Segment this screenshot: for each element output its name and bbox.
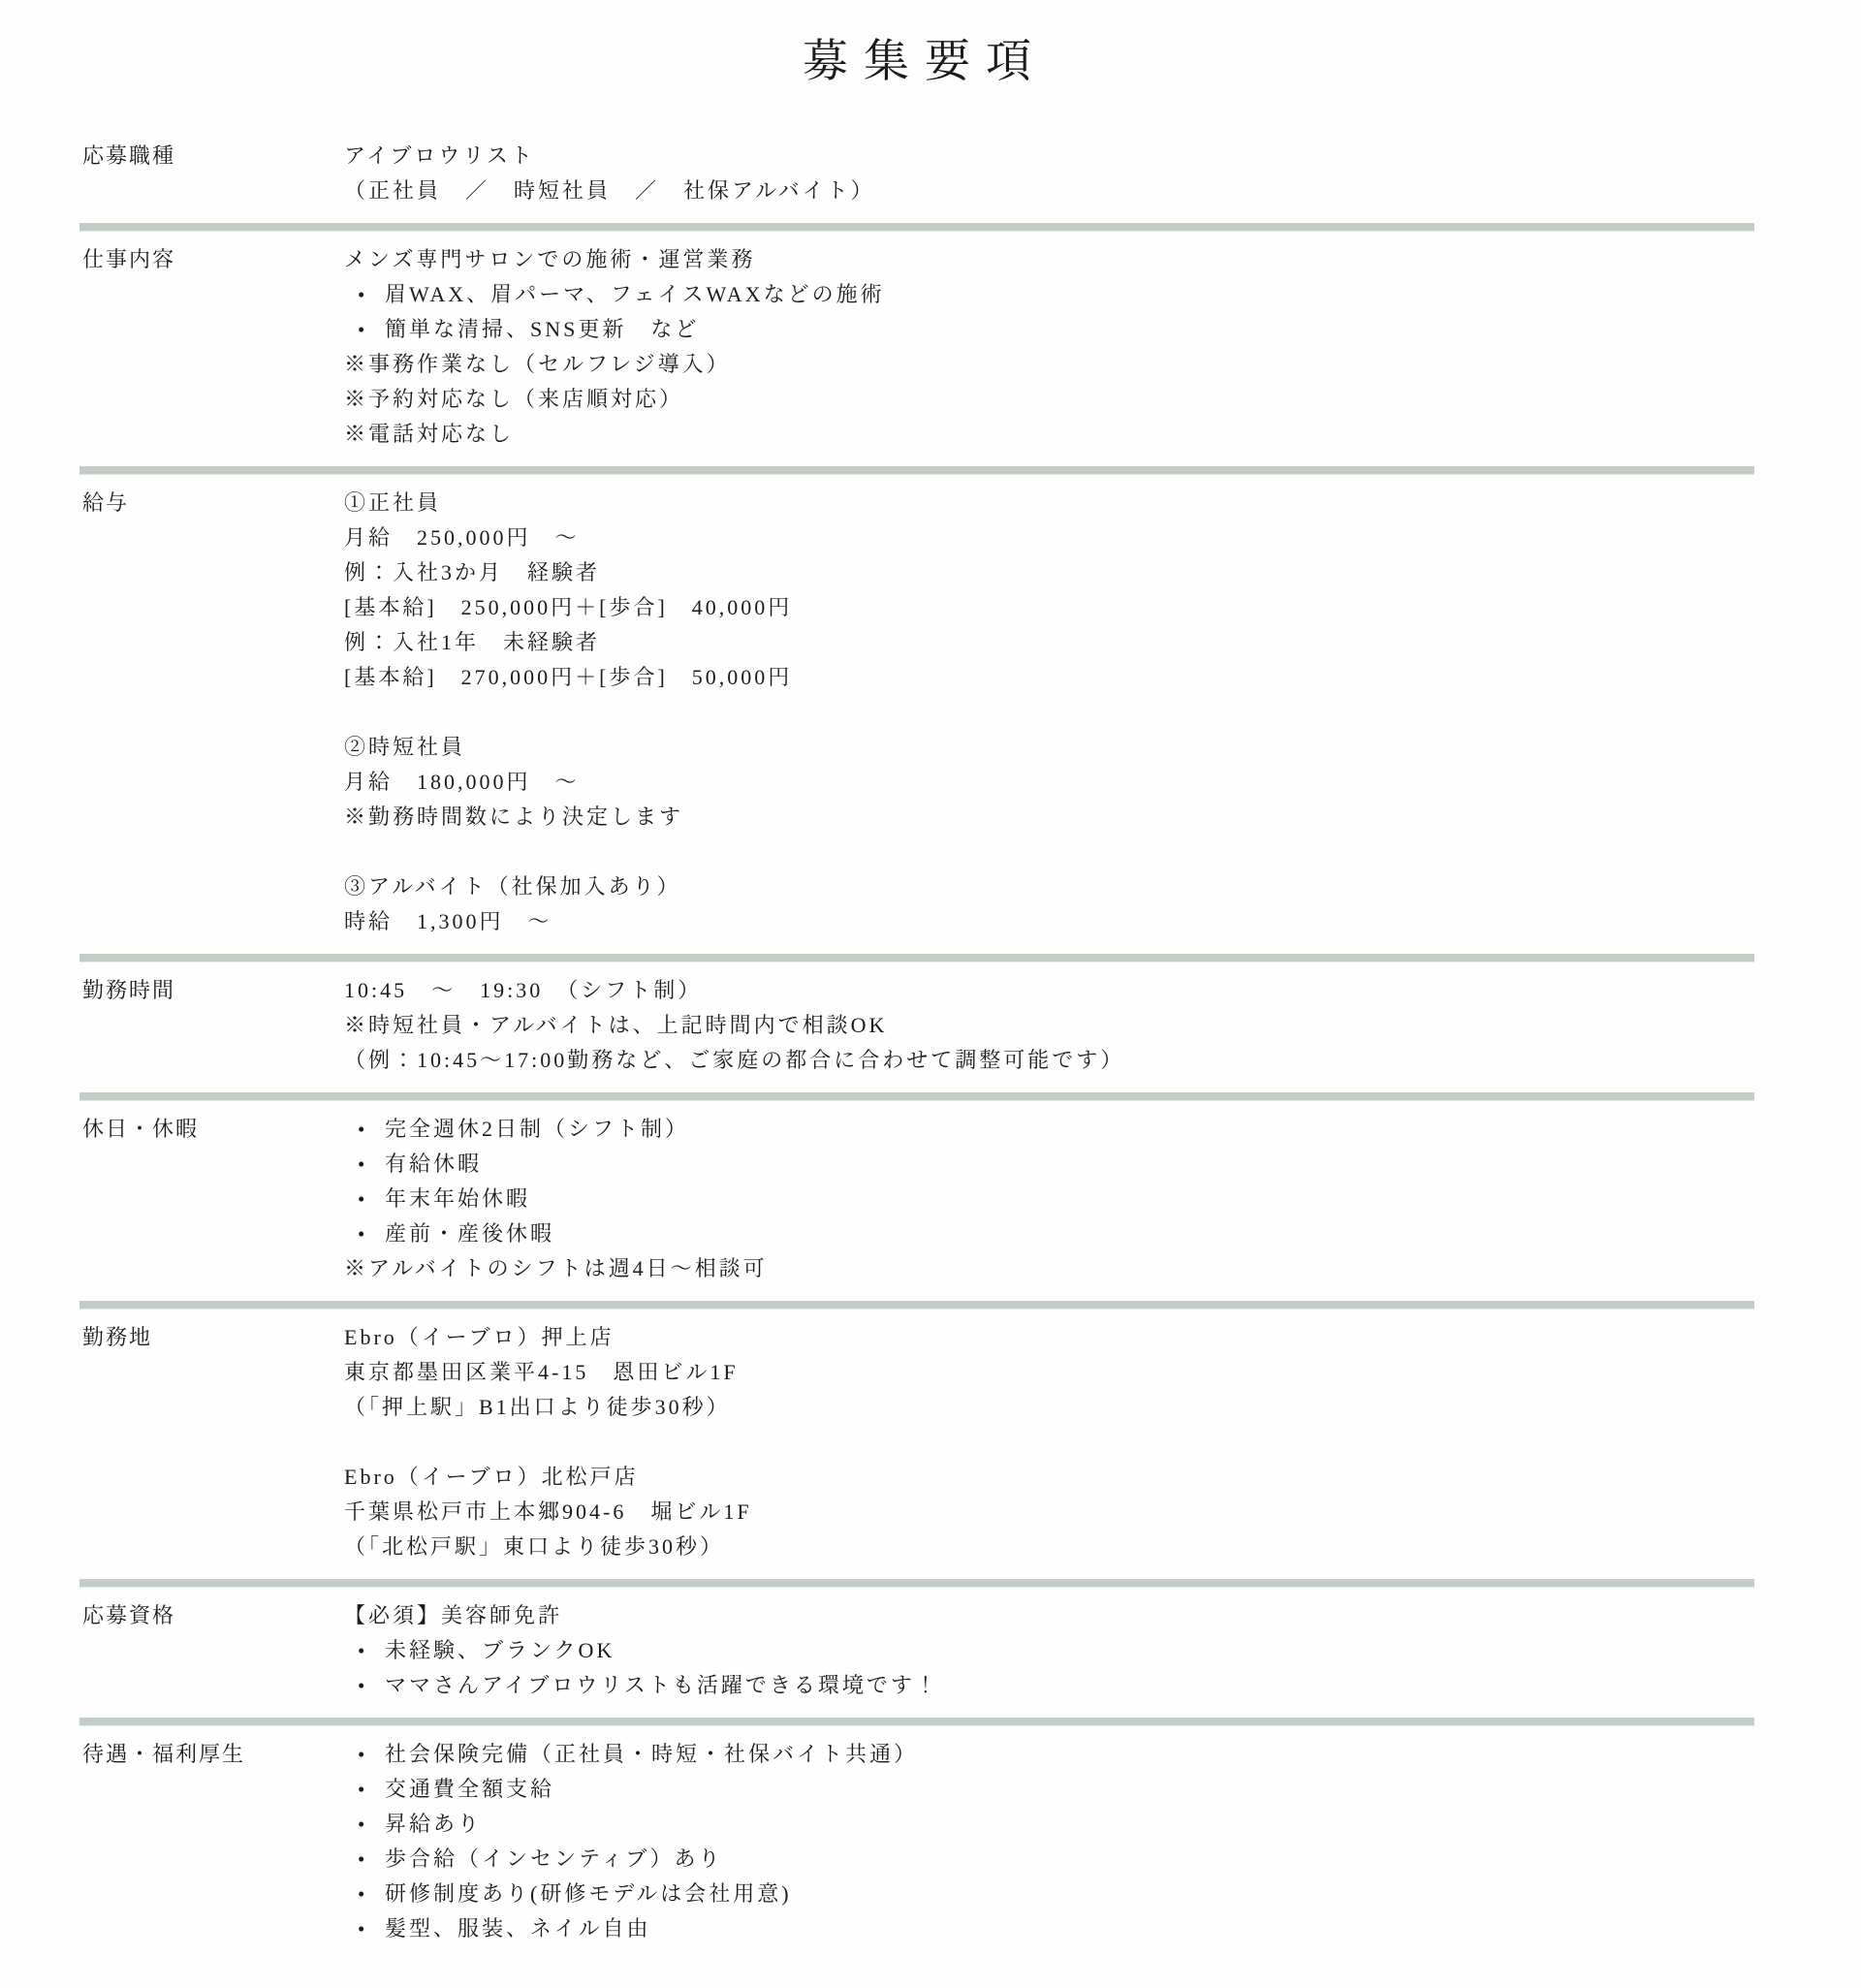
section-content-work-location: Ebro（イーブロ）押上店東京都墨田区業平4-15 恩田ビル1F（「押上駅」B1…: [344, 1320, 1754, 1564]
bullet-icon: •: [358, 277, 385, 312]
sections-list: 応募職種アイブロウリスト（正社員 ／ 時短社員 ／ 社保アルバイト）仕事内容メン…: [79, 128, 1754, 1961]
text-line: 例：入社3か月 経験者: [344, 555, 1754, 590]
section-divider: [79, 1301, 1754, 1310]
bullet-icon: •: [358, 1112, 385, 1147]
text-line: ※予約対応なし（来店順対応）: [344, 382, 1754, 417]
bullet-icon: •: [358, 1216, 385, 1251]
text-line: ②時短社員: [344, 730, 1754, 765]
blank-line: [344, 1425, 1754, 1460]
bullet-line: •有給休暇: [344, 1147, 1754, 1182]
bullet-icon: •: [358, 312, 385, 347]
bullet-icon: •: [358, 1737, 385, 1772]
text-line: ①正社員: [344, 486, 1754, 521]
section-label-job-description: 仕事内容: [79, 242, 344, 277]
bullet-icon: •: [358, 1668, 385, 1703]
bullet-line: •髪型、服装、ネイル自由: [344, 1911, 1754, 1946]
text-line: 月給 180,000円 ～: [344, 765, 1754, 800]
section-label-requirements: 応募資格: [79, 1598, 344, 1633]
bullet-text: 未経験、ブランクOK: [385, 1633, 615, 1668]
text-line: （「北松戸駅」東口より徒歩30秒）: [344, 1530, 1754, 1564]
text-line: 時給 1,300円 ～: [344, 904, 1754, 939]
bullet-line: •産前・産後休暇: [344, 1216, 1754, 1251]
text-line: ※電話対応なし: [344, 417, 1754, 452]
text-line: ③アルバイト（社保加入あり）: [344, 869, 1754, 904]
bullet-icon: •: [358, 1147, 385, 1182]
section-content-working-hours: 10:45 ～ 19:30 （シフト制）※時短社員・アルバイトは、上記時間内で相…: [344, 973, 1754, 1078]
bullet-text: 簡単な清掃、SNS更新 など: [385, 312, 699, 347]
section-divider: [79, 1718, 1754, 1726]
text-line: ※事務作業なし（セルフレジ導入）: [344, 347, 1754, 382]
bullet-line: •年末年始休暇: [344, 1182, 1754, 1216]
bullet-icon: •: [358, 1877, 385, 1911]
bullet-line: •眉WAX、眉パーマ、フェイスWAXなどの施術: [344, 277, 1754, 312]
text-line: ※アルバイトのシフトは週4日～相談可: [344, 1251, 1754, 1286]
bullet-icon: •: [358, 1807, 385, 1842]
section-label-work-location: 勤務地: [79, 1320, 344, 1355]
bullet-text: 社会保険完備（正社員・時短・社保バイト共通）: [385, 1737, 918, 1772]
section-content-benefits: •社会保険完備（正社員・時短・社保バイト共通）•交通費全額支給•昇給あり•歩合給…: [344, 1737, 1754, 1946]
bullet-icon: •: [358, 1772, 385, 1807]
section-content-holidays: •完全週休2日制（シフト制）•有給休暇•年末年始休暇•産前・産後休暇※アルバイト…: [344, 1112, 1754, 1286]
text-line: （正社員 ／ 時短社員 ／ 社保アルバイト）: [344, 174, 1754, 208]
text-line: Ebro（イーブロ）押上店: [344, 1320, 1754, 1355]
section-divider: [79, 223, 1754, 232]
text-line: 東京都墨田区業平4-15 恩田ビル1F: [344, 1355, 1754, 1390]
section-row-job-type: 応募職種アイブロウリスト（正社員 ／ 時短社員 ／ 社保アルバイト）: [79, 128, 1754, 223]
section-divider: [79, 466, 1754, 475]
bullet-line: •簡単な清掃、SNS更新 など: [344, 312, 1754, 347]
bullet-icon: •: [358, 1633, 385, 1668]
text-line: [基本給] 250,000円＋[歩合] 40,000円: [344, 590, 1754, 625]
text-line: 【必須】美容師免許: [344, 1598, 1754, 1633]
section-row-job-description: 仕事内容メンズ専門サロンでの施術・運営業務•眉WAX、眉パーマ、フェイスWAXな…: [79, 232, 1754, 466]
bullet-text: ママさんアイブロウリストも活躍できる環境です！: [385, 1668, 939, 1703]
section-row-requirements: 応募資格【必須】美容師免許•未経験、ブランクOK•ママさんアイブロウリストも活躍…: [79, 1588, 1754, 1718]
bullet-line: •交通費全額支給: [344, 1772, 1754, 1807]
bullet-line: •歩合給（インセンティブ）あり: [344, 1842, 1754, 1877]
bullet-line: •昇給あり: [344, 1807, 1754, 1842]
text-line: （例：10:45～17:00勤務など、ご家庭の都合に合わせて調整可能です）: [344, 1043, 1754, 1078]
section-divider: [79, 1579, 1754, 1588]
bullet-text: 髪型、服装、ネイル自由: [385, 1911, 651, 1946]
section-label-job-type: 応募職種: [79, 139, 344, 174]
blank-line: [344, 695, 1754, 730]
text-line: ※時短社員・アルバイトは、上記時間内で相談OK: [344, 1008, 1754, 1043]
text-line: （「押上駅」B1出口より徒歩30秒）: [344, 1390, 1754, 1425]
bullet-line: •未経験、ブランクOK: [344, 1633, 1754, 1668]
bullet-text: 年末年始休暇: [385, 1182, 530, 1216]
bullet-text: 交通費全額支給: [385, 1772, 554, 1807]
section-row-holidays: 休日・休暇•完全週休2日制（シフト制）•有給休暇•年末年始休暇•産前・産後休暇※…: [79, 1101, 1754, 1301]
document-title: 募集要項: [79, 31, 1754, 93]
section-content-requirements: 【必須】美容師免許•未経験、ブランクOK•ママさんアイブロウリストも活躍できる環…: [344, 1598, 1754, 1703]
section-label-holidays: 休日・休暇: [79, 1112, 344, 1147]
section-row-benefits: 待遇・福利厚生•社会保険完備（正社員・時短・社保バイト共通）•交通費全額支給•昇…: [79, 1726, 1754, 1961]
section-row-working-hours: 勤務時間10:45 ～ 19:30 （シフト制）※時短社員・アルバイトは、上記時…: [79, 962, 1754, 1092]
bullet-line: •社会保険完備（正社員・時短・社保バイト共通）: [344, 1737, 1754, 1772]
section-divider: [79, 954, 1754, 962]
bullet-text: 昇給あり: [385, 1807, 482, 1842]
text-line: 10:45 ～ 19:30 （シフト制）: [344, 973, 1754, 1008]
text-line: 月給 250,000円 ～: [344, 521, 1754, 555]
section-label-benefits: 待遇・福利厚生: [79, 1737, 344, 1772]
blank-line: [344, 835, 1754, 869]
text-line: 千葉県松戸市上本郷904-6 堀ビル1F: [344, 1495, 1754, 1530]
bullet-text: 眉WAX、眉パーマ、フェイスWAXなどの施術: [385, 277, 885, 312]
recruitment-document: 募集要項 応募職種アイブロウリスト（正社員 ／ 時短社員 ／ 社保アルバイト）仕…: [0, 0, 1861, 1961]
text-line: [基本給] 270,000円＋[歩合] 50,000円: [344, 660, 1754, 695]
section-label-working-hours: 勤務時間: [79, 973, 344, 1008]
bullet-text: 完全週休2日制（シフト制）: [385, 1112, 689, 1147]
section-row-salary: 給与①正社員月給 250,000円 ～例：入社3か月 経験者[基本給] 250,…: [79, 475, 1754, 954]
bullet-text: 産前・産後休暇: [385, 1216, 554, 1251]
bullet-icon: •: [358, 1842, 385, 1877]
text-line: アイブロウリスト: [344, 139, 1754, 174]
section-content-salary: ①正社員月給 250,000円 ～例：入社3か月 経験者[基本給] 250,00…: [344, 486, 1754, 939]
section-divider: [79, 1092, 1754, 1101]
section-label-salary: 給与: [79, 486, 344, 521]
bullet-text: 研修制度あり(研修モデルは会社用意): [385, 1877, 792, 1911]
text-line: Ebro（イーブロ）北松戸店: [344, 1460, 1754, 1495]
text-line: ※勤務時間数により決定します: [344, 800, 1754, 835]
bullet-line: •ママさんアイブロウリストも活躍できる環境です！: [344, 1668, 1754, 1703]
bullet-line: •研修制度あり(研修モデルは会社用意): [344, 1877, 1754, 1911]
section-row-work-location: 勤務地Ebro（イーブロ）押上店東京都墨田区業平4-15 恩田ビル1F（「押上駅…: [79, 1310, 1754, 1579]
text-line: メンズ専門サロンでの施術・運営業務: [344, 242, 1754, 277]
bullet-text: 有給休暇: [385, 1147, 482, 1182]
section-content-job-type: アイブロウリスト（正社員 ／ 時短社員 ／ 社保アルバイト）: [344, 139, 1754, 208]
bullet-text: 歩合給（インセンティブ）あり: [385, 1842, 722, 1877]
section-content-job-description: メンズ専門サロンでの施術・運営業務•眉WAX、眉パーマ、フェイスWAXなどの施術…: [344, 242, 1754, 452]
bullet-icon: •: [358, 1911, 385, 1946]
bullet-icon: •: [358, 1182, 385, 1216]
text-line: 例：入社1年 未経験者: [344, 625, 1754, 660]
bullet-line: •完全週休2日制（シフト制）: [344, 1112, 1754, 1147]
